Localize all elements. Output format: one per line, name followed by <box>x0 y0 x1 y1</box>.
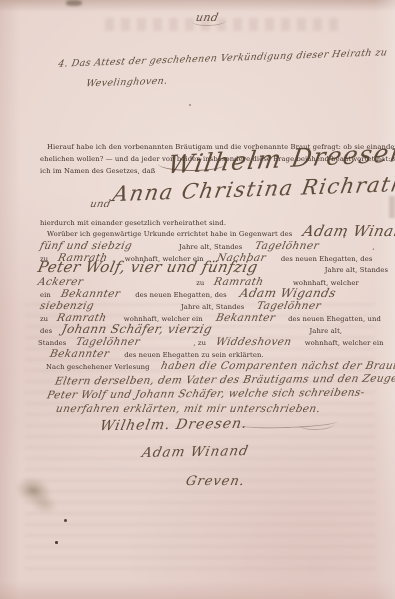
handwritten-note: 4. Das Attest der geschehenen Verkündigu… <box>57 48 388 69</box>
conjunction-und: und <box>90 194 110 210</box>
printed-text: wohnhaft, welcher ein <box>305 340 384 347</box>
illegible-scribble <box>300 419 334 430</box>
handwritten-signature: Wilhelm. Dreesen. <box>99 417 249 434</box>
handwritten-text: unerfahren erklärten, mit mir unterschri… <box>55 404 322 415</box>
signature-groom: Wilhelm. Dreesen. <box>100 415 248 434</box>
paper-speck <box>55 541 58 544</box>
signature-registrar: Greven. <box>186 472 245 488</box>
closing-line4: unerfahren erklärten, mit mir unterschri… <box>56 399 320 415</box>
paper-speck <box>64 519 67 522</box>
printed-text: Nach geschehener Verlesung <box>46 364 150 371</box>
page-edge-mark <box>389 196 395 218</box>
handwritten-name: Anna Christina Richrath <box>111 174 395 205</box>
scanned-register-page: und 4. Das Attest der geschehenen Verkün… <box>0 0 395 599</box>
signature-witness: Adam Winand <box>142 442 249 460</box>
edge-smudge <box>66 0 82 6</box>
annotation-note-line2: Wevelinghoven. <box>86 71 168 90</box>
handwritten-note: Wevelinghoven. <box>85 77 168 89</box>
paper-speck <box>189 104 191 106</box>
printed-text: , <box>372 244 374 251</box>
handwritten-word: und <box>89 200 112 210</box>
ink-stain <box>10 473 63 518</box>
handwritten-signature: Adam Winand <box>141 445 250 460</box>
annotation-note-line1: 4. Das Attest der geschehenen Verkündigu… <box>58 42 388 69</box>
handwritten-signature: Greven. <box>185 475 247 488</box>
printed-text: ich im Namen des Gesetzes, daß <box>40 168 155 175</box>
bride-name-entry: Anna Christina Richrath <box>113 174 395 205</box>
